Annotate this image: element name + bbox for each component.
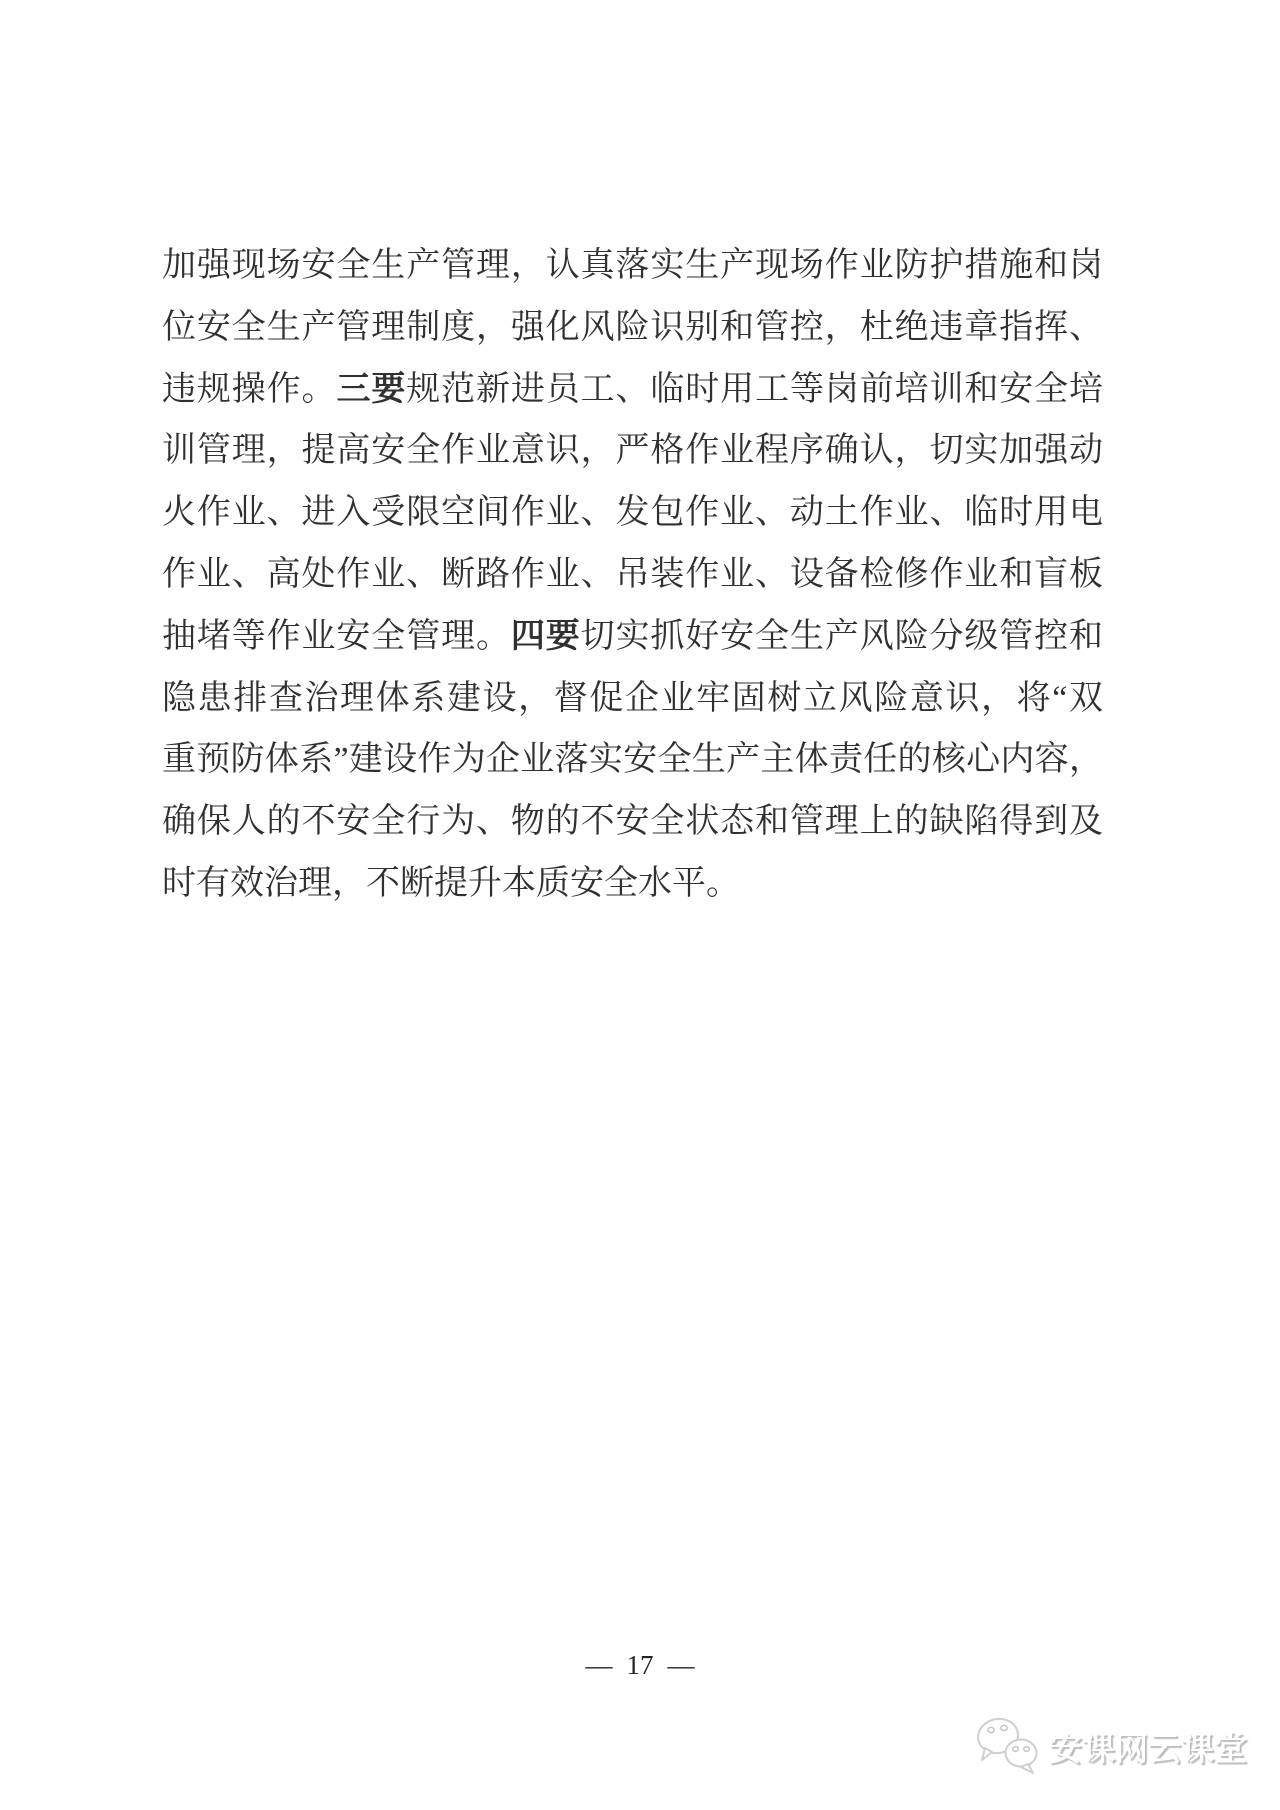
text-line: 作业、高处作业、断路作业、吊装作业、设备检修作业和盲板 (162, 544, 1103, 606)
page-number-value: 17 (627, 1650, 654, 1681)
text-line: 加强现场安全生产管理，认真落实生产现场作业防护措施和岗 (162, 235, 1103, 297)
text-segment: 隐患排查治理体系建设，督促企业牢固树立风险意识，将“双 (162, 680, 1103, 717)
page-number-dash-left: — (586, 1650, 613, 1681)
text-line: 重预防体系”建设作为企业落实安全生产主体责任的核心内容， (162, 729, 1103, 791)
text-segment: 位安全生产管理制度，强化风险识别和管控，杜绝违章指挥、 (162, 309, 1103, 346)
text-segment: 确保人的不安全行为、物的不安全状态和管理上的缺陷得到及 (162, 803, 1103, 840)
text-line: 训管理，提高安全作业意识，严格作业程序确认，切实加强动 (162, 420, 1103, 482)
text-line: 位安全生产管理制度，强化风险识别和管控，杜绝违章指挥、 (162, 297, 1103, 359)
text-line: 隐患排查治理体系建设，督促企业牢固树立风险意识，将“双 (162, 668, 1103, 730)
document-page: 加强现场安全生产管理，认真落实生产现场作业防护措施和岗位安全生产管理制度，强化风… (0, 0, 1280, 1810)
watermark-text: 安课网云课堂 (1049, 1723, 1247, 1770)
text-segment: 时有效治理，不断提升本质安全水平。 (162, 865, 740, 902)
text-segment: 规范新进员工、临时用工等岗前培训和安全培 (406, 371, 1103, 408)
text-segment: 抽堵等作业安全管理。 (162, 618, 511, 655)
emphasized-text: 三要 (336, 371, 406, 408)
watermark: 安课网云课堂 (975, 1715, 1247, 1777)
text-line: 确保人的不安全行为、物的不安全状态和管理上的缺陷得到及 (162, 791, 1103, 853)
text-segment: 作业、高处作业、断路作业、吊装作业、设备检修作业和盲板 (162, 556, 1103, 593)
text-segment: 重预防体系”建设作为企业落实安全生产主体责任的核心内容， (162, 741, 1103, 778)
text-segment: 火作业、进入受限空间作业、发包作业、动土作业、临时用电 (162, 494, 1103, 531)
text-line: 抽堵等作业安全管理。四要切实抓好安全生产风险分级管控和 (162, 606, 1103, 668)
text-segment: 切实抓好安全生产风险分级管控和 (581, 618, 1103, 655)
text-segment: 加强现场安全生产管理，认真落实生产现场作业防护措施和岗 (162, 247, 1103, 284)
chat-bubbles-icon (975, 1715, 1041, 1777)
emphasized-text: 四要 (511, 618, 581, 655)
text-segment: 违规操作。 (162, 371, 336, 408)
text-line: 违规操作。三要规范新进员工、临时用工等岗前培训和安全培 (162, 359, 1103, 421)
text-segment: 训管理，提高安全作业意识，严格作业程序确认，切实加强动 (162, 432, 1103, 469)
body-text: 加强现场安全生产管理，认真落实生产现场作业防护措施和岗位安全生产管理制度，强化风… (162, 235, 1103, 915)
page-number-dash-right: — (668, 1650, 695, 1681)
page-number: — 17 — (0, 1650, 1280, 1681)
text-line: 时有效治理，不断提升本质安全水平。 (162, 853, 1103, 915)
text-line: 火作业、进入受限空间作业、发包作业、动土作业、临时用电 (162, 482, 1103, 544)
